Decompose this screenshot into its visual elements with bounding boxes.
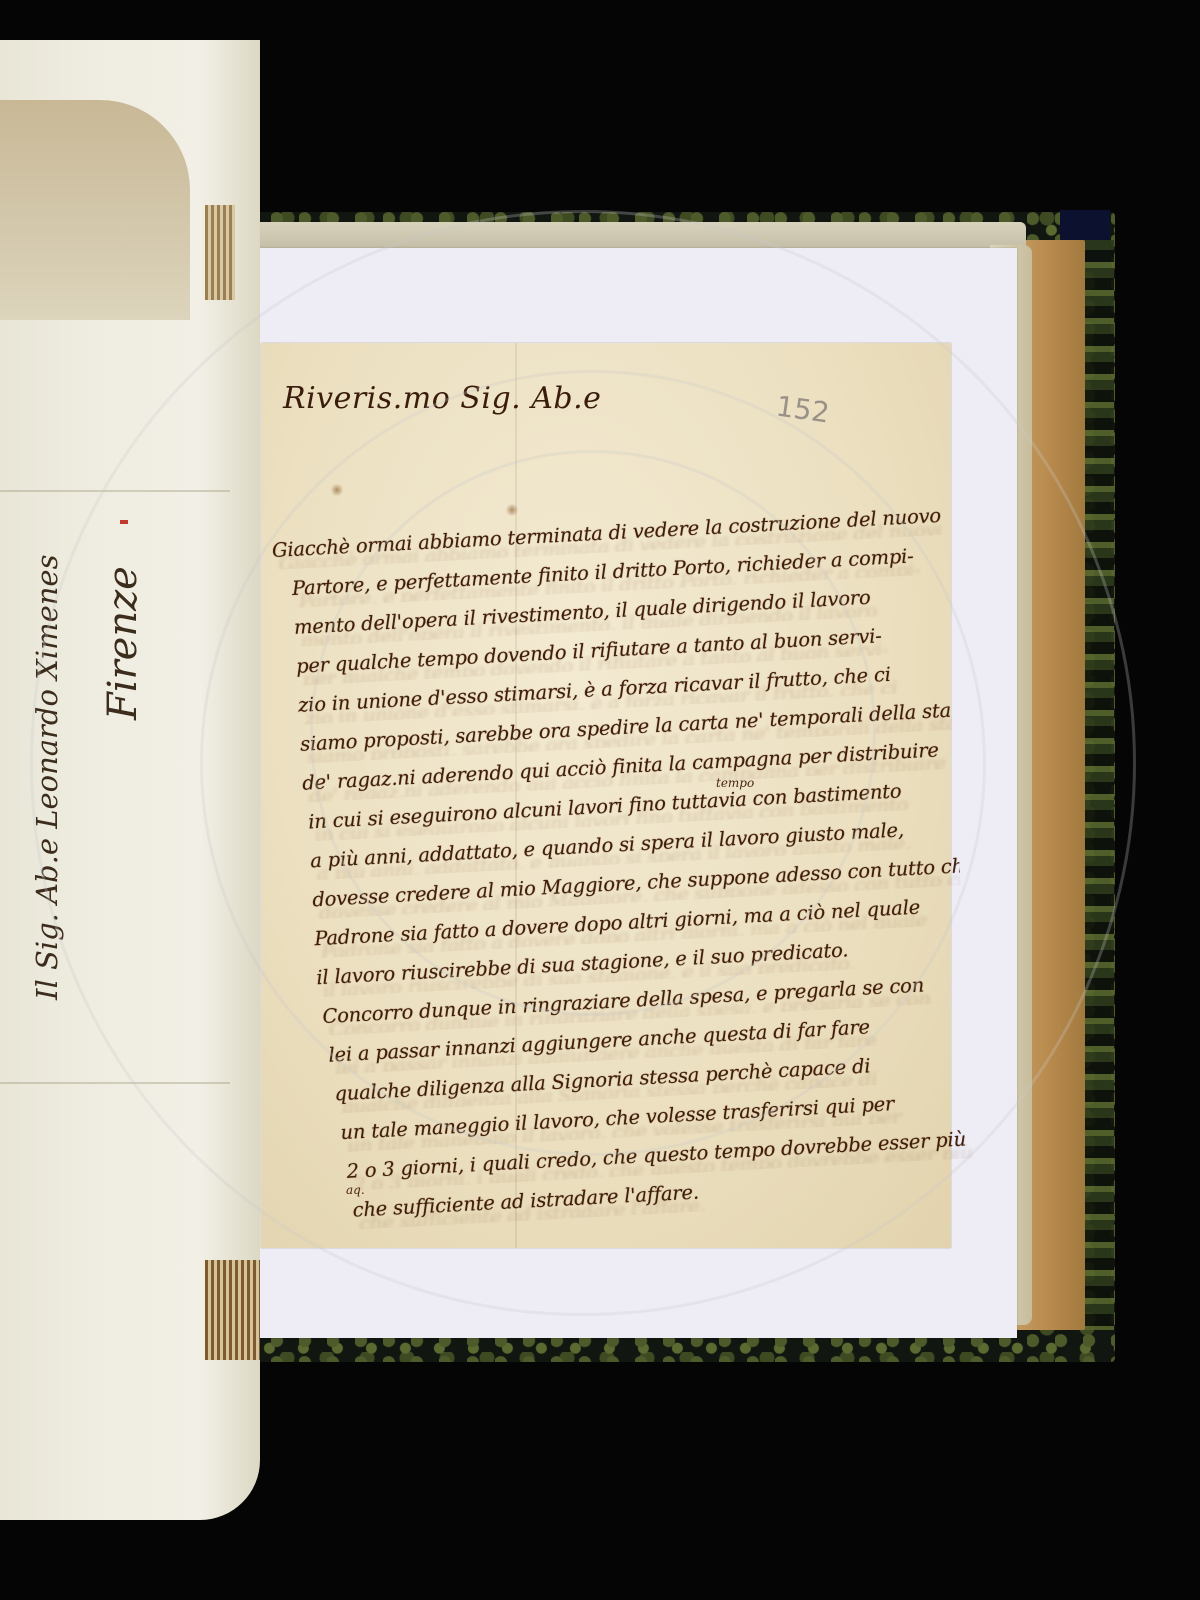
folio-number: 152 (774, 389, 832, 429)
address-recipient: Il Sig. Ab.e Leonardo Ximenes (30, 555, 64, 1000)
ink-stain (506, 503, 518, 517)
letter-salutation: Riveris.mo Sig. Ab.e (283, 381, 601, 416)
page-edges (205, 1260, 260, 1360)
address-city: Firenze (100, 566, 146, 720)
page-edges (205, 205, 235, 300)
left-page-curl (0, 100, 190, 320)
ink-stain (331, 483, 343, 497)
red-seal-trace (120, 520, 128, 524)
archival-photograph: Riveris.mo Sig. Ab.e 152 tempo aq. Giacc… (0, 0, 1200, 1600)
letter-body: Giacchè ormai abbiamo terminata di veder… (271, 496, 977, 1232)
letter-page: Riveris.mo Sig. Ab.e 152 tempo aq. Giacc… (261, 343, 951, 1248)
cover-edge (1080, 240, 1114, 1330)
